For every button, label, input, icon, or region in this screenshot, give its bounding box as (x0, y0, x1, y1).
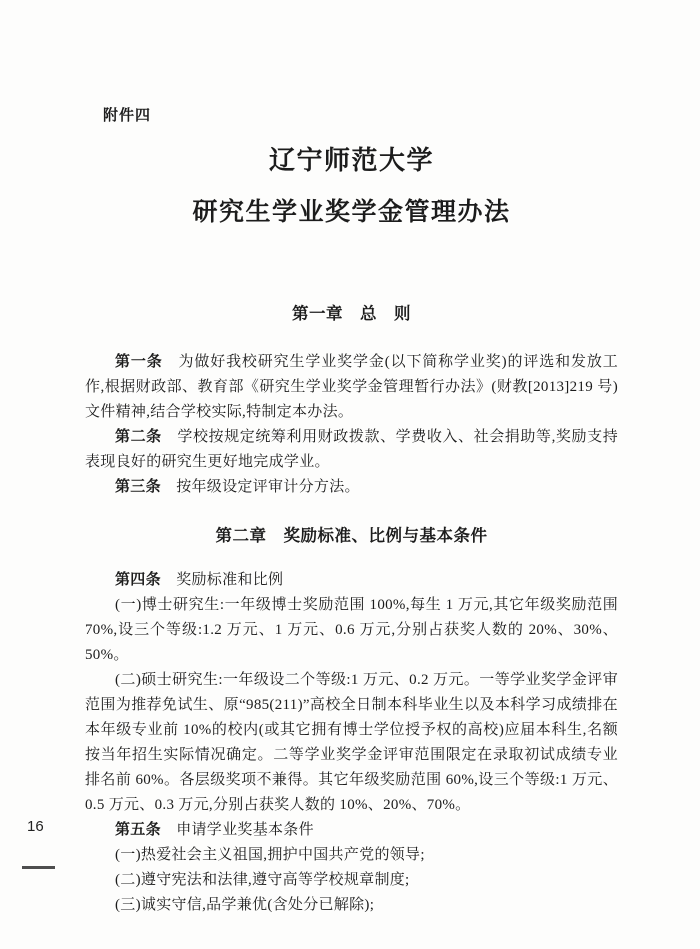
document-page: 附件四 辽宁师范大学 研究生学业奖学金管理办法 第一章 总 则第一条 为做好我校… (0, 0, 700, 918)
paragraph: 第五条 申请学业奖基本条件 (85, 818, 618, 843)
paragraph-lead: 第五条 (115, 822, 161, 838)
paragraph: (二)硕士研究生:一年级设二个等级:1 万元、0.2 万元。一等学业奖学金评审范… (85, 668, 618, 818)
paragraph-lead: 第四条 (115, 572, 161, 588)
footer-mark (22, 866, 55, 869)
page-number: 16 (27, 818, 44, 835)
page-background: { "document": { "attachment_label": "附件四… (0, 0, 700, 949)
document-body: 第一章 总 则第一条 为做好我校研究生学业奖学金(以下简称学业奖)的评选和发放工… (85, 300, 618, 918)
paragraph-lead: 第二条 (115, 429, 162, 445)
paragraph: (二)遵守宪法和法律,遵守高等学校规章制度; (85, 868, 618, 893)
chapter-heading: 第二章 奖励标准、比例与基本条件 (85, 522, 618, 546)
paragraph: (一)热爱社会主义祖国,拥护中国共产党的领导; (85, 843, 618, 868)
paragraph: 第二条 学校按规定统筹利用财政拨款、学费收入、社会捐助等,奖励支持表现良好的研究… (85, 425, 618, 475)
paragraph: 第一条 为做好我校研究生学业奖学金(以下简称学业奖)的评选和发放工作,根据财政部… (85, 350, 618, 425)
paragraph: (三)诚实守信,品学兼优(含处分已解除); (85, 893, 618, 918)
attachment-label: 附件四 (103, 104, 618, 125)
paragraph: 第四条 奖励标准和比例 (85, 568, 618, 593)
paragraph-lead: 第一条 (115, 354, 163, 370)
document-title-line2: 研究生学业奖学金管理办法 (85, 192, 618, 228)
paragraph: (一)博士研究生:一年级博士奖励范围 100%,每生 1 万元,其它年级奖励范围… (85, 593, 618, 668)
paragraph-lead: 第三条 (115, 479, 161, 495)
paragraph: 第三条 按年级设定评审计分方法。 (85, 475, 618, 500)
chapter-heading: 第一章 总 则 (85, 300, 618, 324)
document-title-line1: 辽宁师范大学 (85, 140, 618, 177)
